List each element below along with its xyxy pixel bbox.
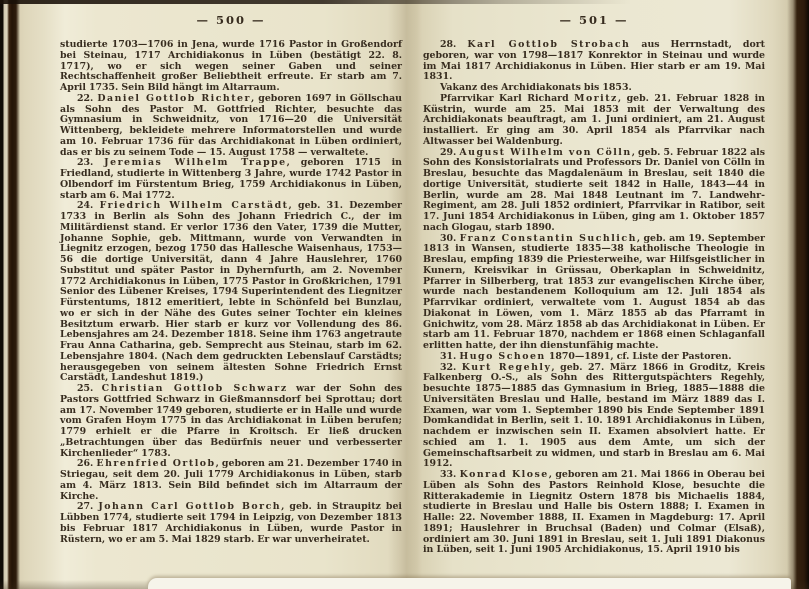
paragraph: 33. Konrad Klose, geboren am 21. Mai 186… (423, 470, 765, 556)
person-name: Christian Gottlob Schwarz (102, 383, 288, 394)
body-text: Vakanz des Archidiakonats bis 1853. (440, 82, 632, 93)
underlying-page-edge (148, 578, 791, 589)
person-name: Johann Carl Gottlob Borch (98, 501, 281, 512)
person-name: Ehrenfried Ortlob (96, 458, 215, 469)
person-name: Konrad Klose (460, 469, 549, 480)
body-text: 24. (77, 200, 100, 211)
person-name: Daniel Gottlob Richter (97, 93, 251, 104)
paragraph: studierte 1703—1706 in Jena, wurde 1716 … (60, 40, 402, 94)
scan-top-edge (0, 0, 809, 4)
body-text: 32. (440, 362, 462, 373)
body-text: , geb. 27. März 1866 in Groditz, Kreis F… (423, 362, 765, 470)
body-text: , geb. 31. Dezember 1733 in Berlin als S… (60, 200, 402, 383)
left-page: — 500 — studierte 1703—1706 in Jena, wur… (60, 13, 402, 545)
body-text: 27. (77, 501, 98, 512)
body-text: , geb. am 19. September 1813 in Wansen, … (423, 233, 765, 352)
person-name: Friedrich Wilhelm Carstädt (100, 200, 289, 211)
book-cover-right-edge (787, 0, 809, 589)
paragraph: 29. August Wilhelm von Cölln, geb. 5. Fe… (423, 148, 765, 234)
person-name: August Wilhelm von Cölln (459, 147, 631, 158)
body-text: 28. (440, 39, 467, 50)
body-text: 23. (77, 157, 104, 168)
body-text: 22. (77, 93, 97, 104)
paragraph: 28. Karl Gottlob Strobach aus Herrnstadt… (423, 40, 765, 83)
body-text: Pfarrvikar Karl Richard (440, 93, 574, 104)
person-name: Jeremias Wilhelm Trappe (104, 157, 286, 168)
book-cover-left-edge (0, 0, 20, 589)
person-name: Franz Constantin Suchlich (460, 233, 637, 244)
paragraph: 26. Ehrenfried Ortlob, geboren am 21. De… (60, 459, 402, 502)
body-text: studierte 1703—1706 in Jena, wurde 1716 … (60, 39, 402, 93)
person-name: Karl Gottlob Strobach (467, 39, 630, 50)
body-text: 26. (77, 458, 96, 469)
page-number-left: — 500 — (60, 13, 402, 27)
body-text: 33. (440, 469, 460, 480)
paragraph: 22. Daniel Gottlob Richter, geboren 1697… (60, 94, 402, 159)
right-page: — 501 — 28. Karl Gottlob Strobach aus He… (423, 13, 765, 556)
body-text: , geboren am 21. Mai 1866 in Oberau bei … (423, 469, 765, 555)
right-page-text: 28. Karl Gottlob Strobach aus Herrnstadt… (423, 40, 765, 556)
paragraph: 32. Kurt Regehly, geb. 27. März 1866 in … (423, 363, 765, 471)
paragraph: Pfarrvikar Karl Richard Moritz, geb. 21.… (423, 94, 765, 148)
left-page-text: studierte 1703—1706 in Jena, wurde 1716 … (60, 40, 402, 545)
paragraph: 23. Jeremias Wilhelm Trappe, geboren 171… (60, 158, 402, 201)
book-scan: — 500 — studierte 1703—1706 in Jena, wur… (0, 0, 809, 589)
page-number-right: — 501 — (423, 13, 765, 27)
paragraph: 27. Johann Carl Gottlob Borch, geb. in S… (60, 502, 402, 545)
person-name: Kurt Regehly (462, 362, 552, 373)
paragraph: 30. Franz Constantin Suchlich, geb. am 1… (423, 234, 765, 352)
body-text: 1870—1891, cf. Liste der Pastoren. (546, 351, 732, 362)
paragraph: 25. Christian Gottlob Schwarz war der So… (60, 384, 402, 459)
person-name: Moritz (574, 93, 618, 104)
body-text: 31. (440, 351, 459, 362)
body-text: war der Sohn des Pastors Gottfried Schwa… (60, 383, 402, 459)
paragraph: 24. Friedrich Wilhelm Carstädt, geb. 31.… (60, 201, 402, 384)
body-text: 29. (440, 147, 459, 158)
body-text: 30. (440, 233, 460, 244)
body-text: 25. (77, 383, 102, 394)
body-text: , geb. 5. Februar 1822 als Sohn des Kons… (423, 147, 765, 233)
person-name: Hugo Schoen (459, 351, 545, 362)
